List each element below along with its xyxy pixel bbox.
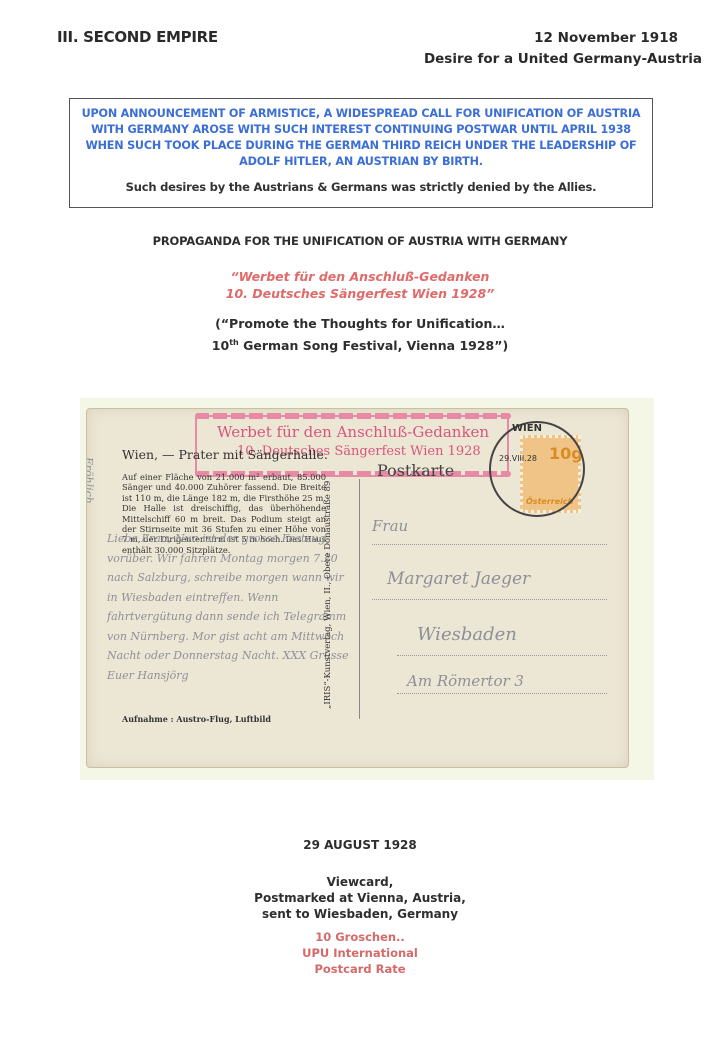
rate-line2: UPU International [0,945,720,961]
description-line3: sent to Wiesbaden, Germany [0,906,720,922]
postcard-image: Fröhlich Werbet für den Anschluß-Gedanke… [86,408,629,768]
intro-black-text: Such desires by the Austrians & Germans … [70,180,652,194]
cachet-line1: Werbet für den Anschluß-Gedanken [217,423,489,441]
english-line2-num: 10 [212,338,229,353]
photo-credit: Aufnahme : Austro-Flug, Luftbild [122,714,271,724]
rate-line3: Postcard Rate [0,961,720,977]
propaganda-heading: PROPAGANDA FOR THE UNIFICATION OF AUSTRI… [0,234,720,248]
rate-line1: 10 Groschen.. [0,929,720,945]
address-line [372,599,607,600]
section-title: III. SECOND EMPIRE [57,28,218,46]
address-salutation: Frau [372,517,408,535]
description-line2: Postmarked at Vienna, Austria, [0,890,720,906]
german-quote-line2: 10. Deutsches Sängerfest Wien 1928” [0,285,720,302]
address-street: Am Römertor 3 [407,672,524,690]
handwritten-message: Liebe Frau, Nun ist der grosse Festzug v… [107,529,357,685]
postmark-circle [489,421,585,517]
address-line [397,655,607,656]
side-note: Fröhlich [86,457,95,504]
printed-title: Wien, — Prater mit Sängerhalle. [122,447,328,462]
english-translation: (“Promote the Thoughts for Unification… … [0,314,720,355]
german-quote-line1: “Werbet für den Anschluß-Gedanken [0,268,720,285]
item-description: Viewcard, Postmarked at Vienna, Austria,… [0,874,720,922]
page-header: 12 November 1918 Desire for a United Ger… [424,28,702,70]
description-line1: Viewcard, [0,874,720,890]
publisher-imprint: „IRIS“-Kunstverlag, Wien, II., Obere Don… [323,481,333,709]
german-quote: “Werbet für den Anschluß-Gedanken 10. De… [0,268,720,302]
postmark-date-caption: 29 AUGUST 1928 [0,838,720,852]
address-name: Margaret Jaeger [387,569,530,589]
english-line1: (“Promote the Thoughts for Unification… [0,314,720,333]
postkarte-label: Postkarte [377,461,454,480]
header-date: 12 November 1918 [424,28,678,49]
card-divider [359,479,360,719]
postmark-city: WIEN [512,423,542,434]
english-line2-sup: th [229,338,239,347]
intro-box: UPON ANNOUNCEMENT OF ARMISTICE, A WIDESP… [69,98,653,208]
intro-blue-text: UPON ANNOUNCEMENT OF ARMISTICE, A WIDESP… [70,99,652,170]
header-subtitle: Desire for a United Germany-Austria [424,49,702,70]
english-line2-rest: German Song Festival, Vienna 1928”) [239,338,508,353]
postage-rate: 10 Groschen.. UPU International Postcard… [0,929,720,977]
address-line [397,693,607,694]
address-city: Wiesbaden [417,624,517,645]
address-line [372,544,607,545]
postmark-date: 29.VIII.28 [499,454,537,463]
english-line2: 10th German Song Festival, Vienna 1928”) [0,333,720,355]
